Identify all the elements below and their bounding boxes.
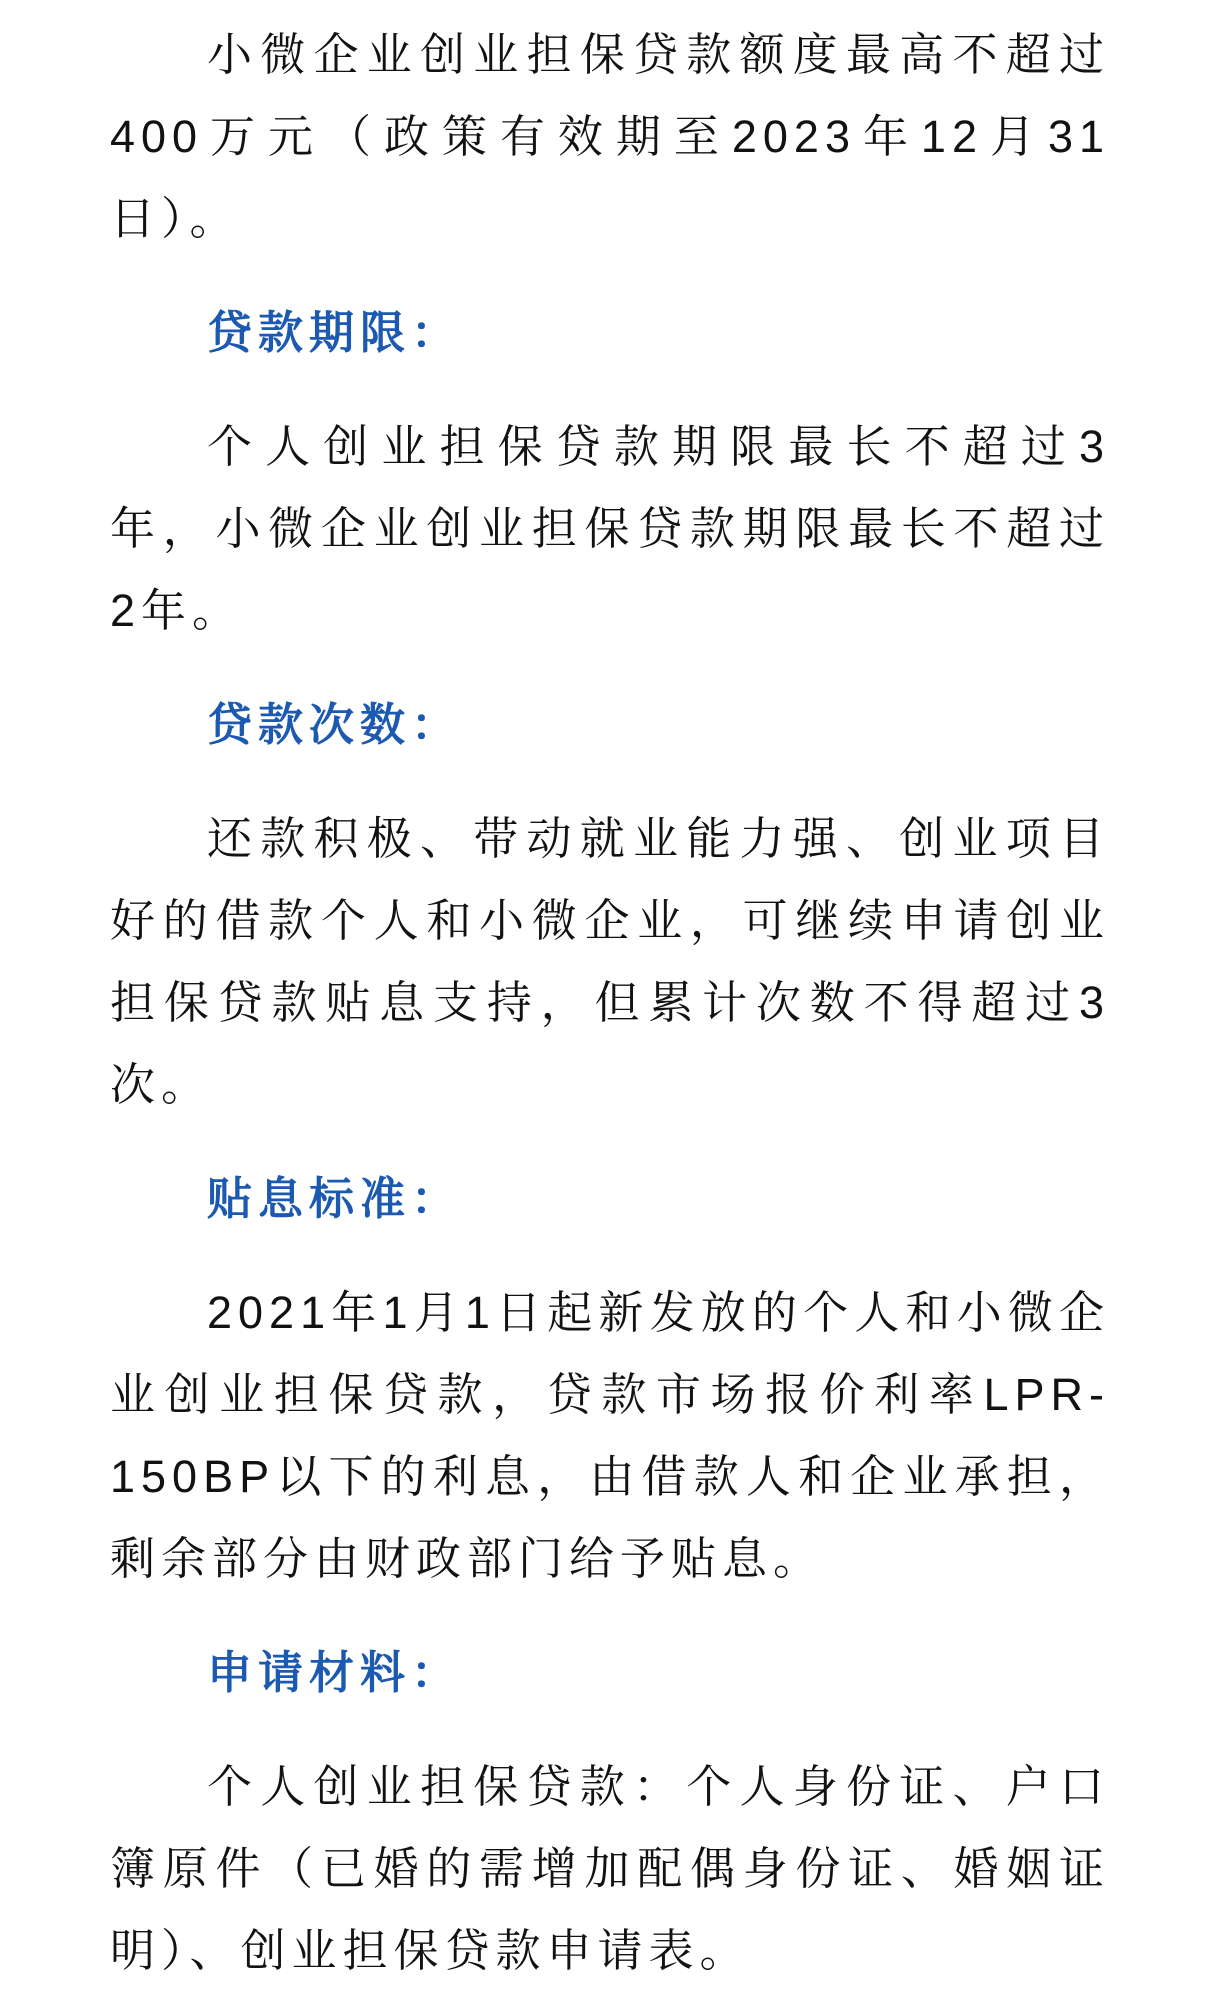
text-line: 小微企业创业担保贷款额度最高不超过 bbox=[110, 14, 1110, 96]
text-line: 个人创业担保贷款：个人身份证、户口 bbox=[110, 1746, 1110, 1828]
section-heading: 贷款期限： bbox=[110, 292, 1110, 374]
section-heading: 贴息标准： bbox=[110, 1158, 1110, 1240]
paragraph: 个人创业担保贷款期限最长不超过3年，小微企业创业担保贷款期限最长不超过2年。 bbox=[110, 406, 1110, 652]
text-line: 还款积极、带动就业能力强、创业项目 bbox=[110, 798, 1110, 880]
paragraph: 2021年1月1日起新发放的个人和小微企业创业担保贷款，贷款市场报价利率LPR-… bbox=[110, 1272, 1110, 1600]
text-line: 明）、创业担保贷款申请表。 bbox=[110, 1910, 1110, 1992]
text-line: 150BP以下的利息，由借款人和企业承担， bbox=[110, 1436, 1110, 1518]
text-line: 个人创业担保贷款期限最长不超过3 bbox=[110, 406, 1110, 488]
text-line: 400万元（政策有效期至2023年12月31 bbox=[110, 96, 1110, 178]
text-line: 簿原件（已婚的需增加配偶身份证、婚姻证 bbox=[110, 1828, 1110, 1910]
text-line: 年，小微企业创业担保贷款期限最长不超过 bbox=[110, 488, 1110, 570]
section-heading: 贷款次数： bbox=[110, 684, 1110, 766]
text-line: 剩余部分由财政部门给予贴息。 bbox=[110, 1518, 1110, 1600]
paragraph: 还款积极、带动就业能力强、创业项目好的借款个人和小微企业，可继续申请创业担保贷款… bbox=[110, 798, 1110, 1126]
text-line: 2年。 bbox=[110, 570, 1110, 652]
paragraph: 个人创业担保贷款：个人身份证、户口簿原件（已婚的需增加配偶身份证、婚姻证明）、创… bbox=[110, 1746, 1110, 1992]
text-line: 次。 bbox=[110, 1044, 1110, 1126]
text-line: 好的借款个人和小微企业，可继续申请创业 bbox=[110, 880, 1110, 962]
text-line: 担保贷款贴息支持，但累计次数不得超过3 bbox=[110, 962, 1110, 1044]
article-screen: 小微企业创业担保贷款额度最高不超过400万元（政策有效期至2023年12月31日… bbox=[0, 0, 1220, 2009]
text-line: 业创业担保贷款，贷款市场报价利率LPR- bbox=[110, 1354, 1110, 1436]
text-line: 日）。 bbox=[110, 178, 1110, 260]
paragraph: 小微企业创业担保贷款额度最高不超过400万元（政策有效期至2023年12月31日… bbox=[110, 14, 1110, 260]
section-heading: 申请材料： bbox=[110, 1632, 1110, 1714]
text-line: 2021年1月1日起新发放的个人和小微企 bbox=[110, 1272, 1110, 1354]
article-body: 小微企业创业担保贷款额度最高不超过400万元（政策有效期至2023年12月31日… bbox=[0, 0, 1220, 1992]
